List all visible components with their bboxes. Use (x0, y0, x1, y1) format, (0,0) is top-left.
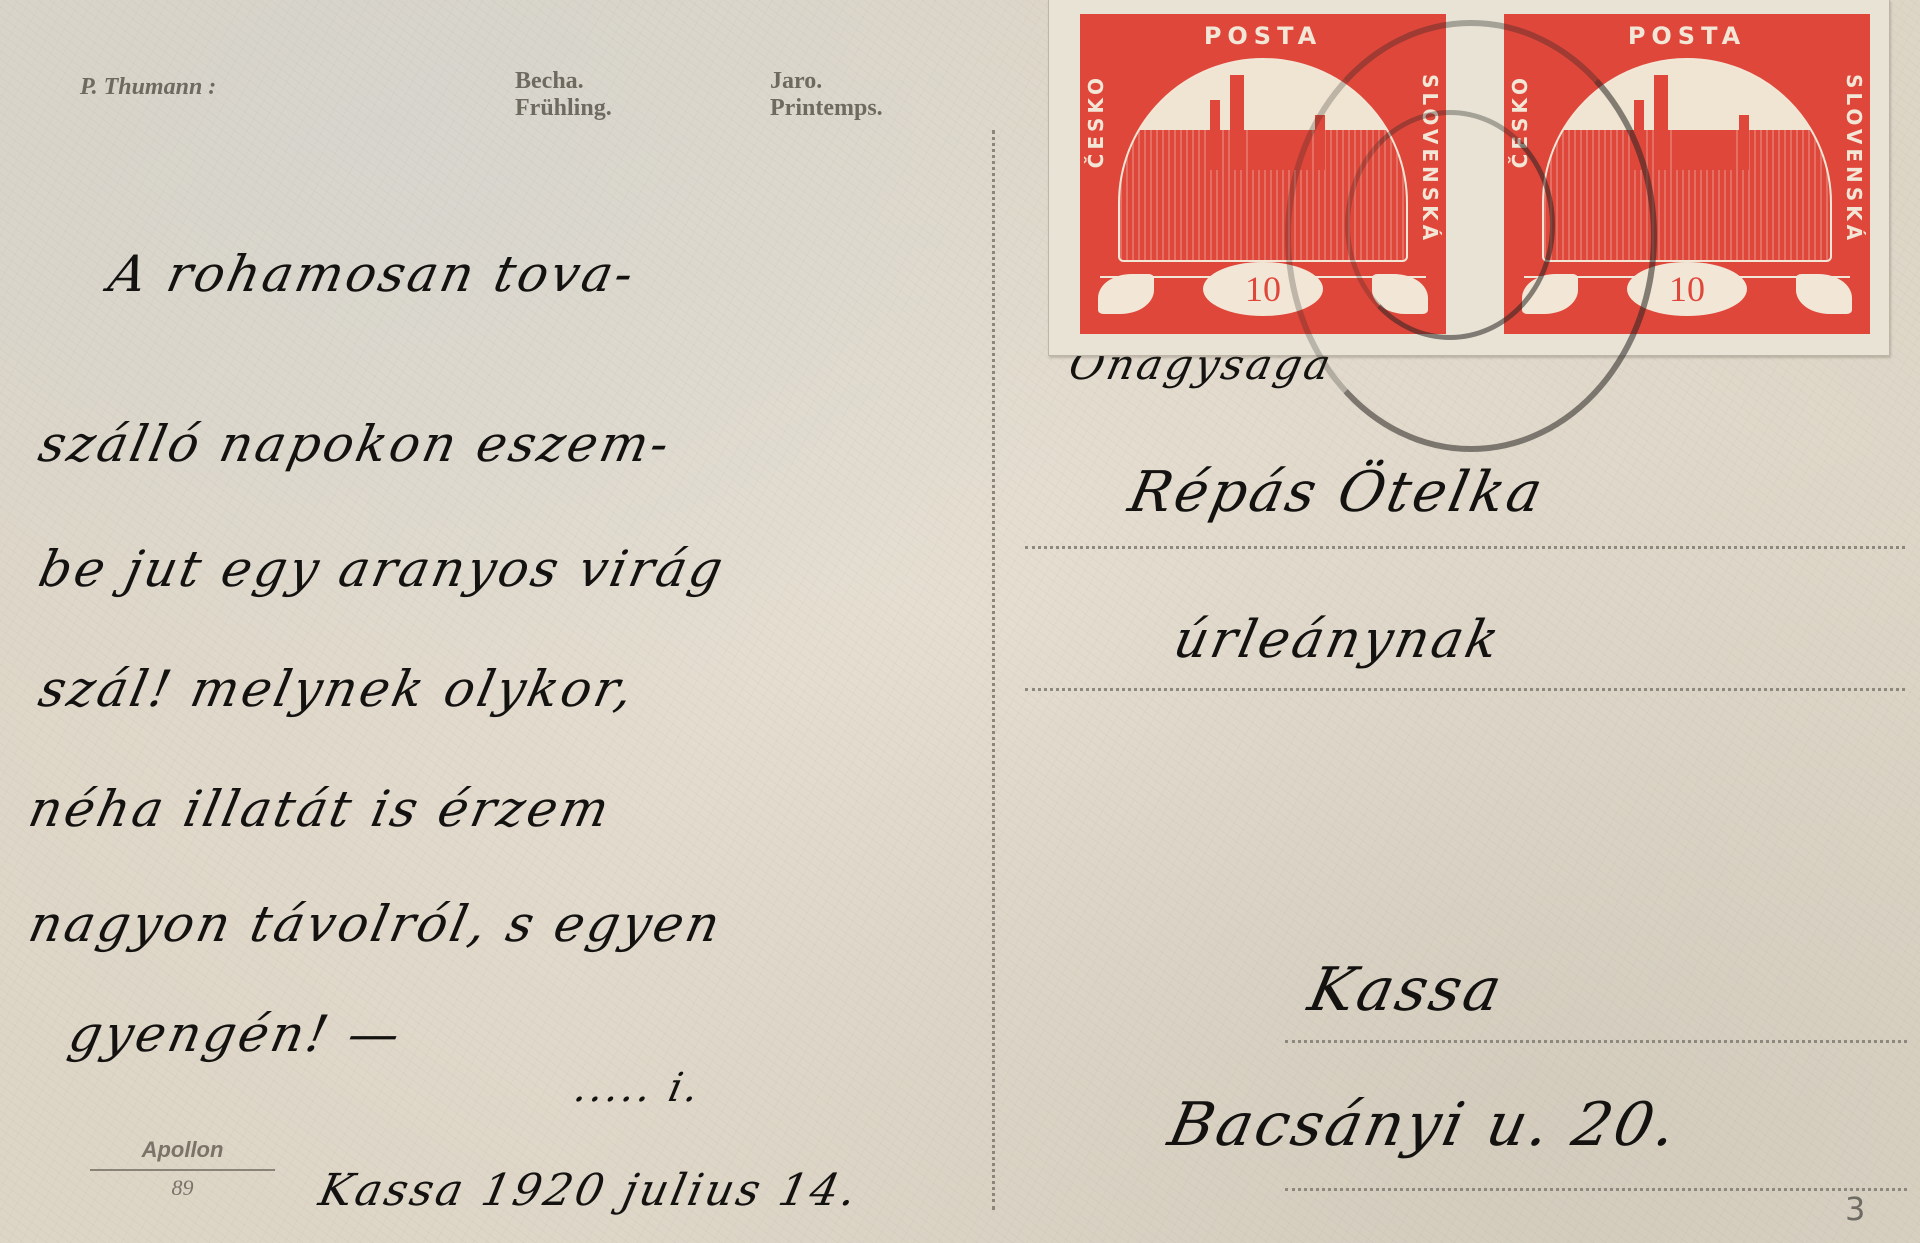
address-line-1 (1025, 546, 1905, 549)
message-line-6: nagyon távolról, s egyen (24, 895, 728, 953)
leaf-icon (1098, 274, 1154, 314)
address-street: Bacsányi u. 20. (1163, 1090, 1686, 1160)
postmark-inner-ring (1345, 110, 1555, 340)
imprint-number: 89 (90, 1175, 275, 1201)
message-line-5: néha illatát is érzem (24, 780, 617, 838)
imprint-brand: Apollon (90, 1137, 275, 1163)
publisher-imprint: Apollon 89 (90, 1137, 275, 1201)
title-cz-de: Becha. Frühling. (515, 68, 612, 122)
imprint-rule (90, 1169, 275, 1171)
dateline: Kassa 1920 julius 14. (315, 1165, 864, 1216)
message-line-4: szál! melynek olykor, (34, 660, 641, 718)
stamp-2-right-text: SLOVENSKÁ (1842, 74, 1866, 244)
address-line-4 (1285, 1188, 1907, 1191)
title-de: Frühling. (515, 95, 612, 122)
address-line-2 (1025, 688, 1905, 691)
postcard-back: P. Thumann : Becha. Frühling. Jaro. Prin… (0, 0, 1920, 1243)
address-city: Kassa (1303, 955, 1511, 1025)
title-cz: Becha. (515, 68, 612, 95)
publisher-label: P. Thumann : (80, 74, 216, 101)
title-sk-fr: Jaro. Printemps. (770, 68, 883, 122)
pencil-mark: 3 (1845, 1190, 1865, 1228)
address-honorific: úrleánynak (1169, 610, 1507, 670)
message-line-2: szálló napokon eszem- (34, 415, 677, 473)
message-line-1: A rohamosan tova- (104, 245, 642, 303)
signature: ..... i. (570, 1065, 706, 1111)
stamp-1-left-text: ČESKO (1084, 74, 1108, 168)
message-line-3: be jut egy aranyos virág (34, 540, 731, 598)
title-sk: Jaro. (770, 68, 883, 95)
address-line-3 (1285, 1040, 1907, 1043)
leaf-icon (1796, 274, 1852, 314)
message-line-7: gyengén! — (64, 1005, 408, 1063)
center-divider (992, 130, 995, 1210)
title-fr: Printemps. (770, 95, 883, 122)
address-name: Répás Ötelka (1123, 460, 1551, 525)
